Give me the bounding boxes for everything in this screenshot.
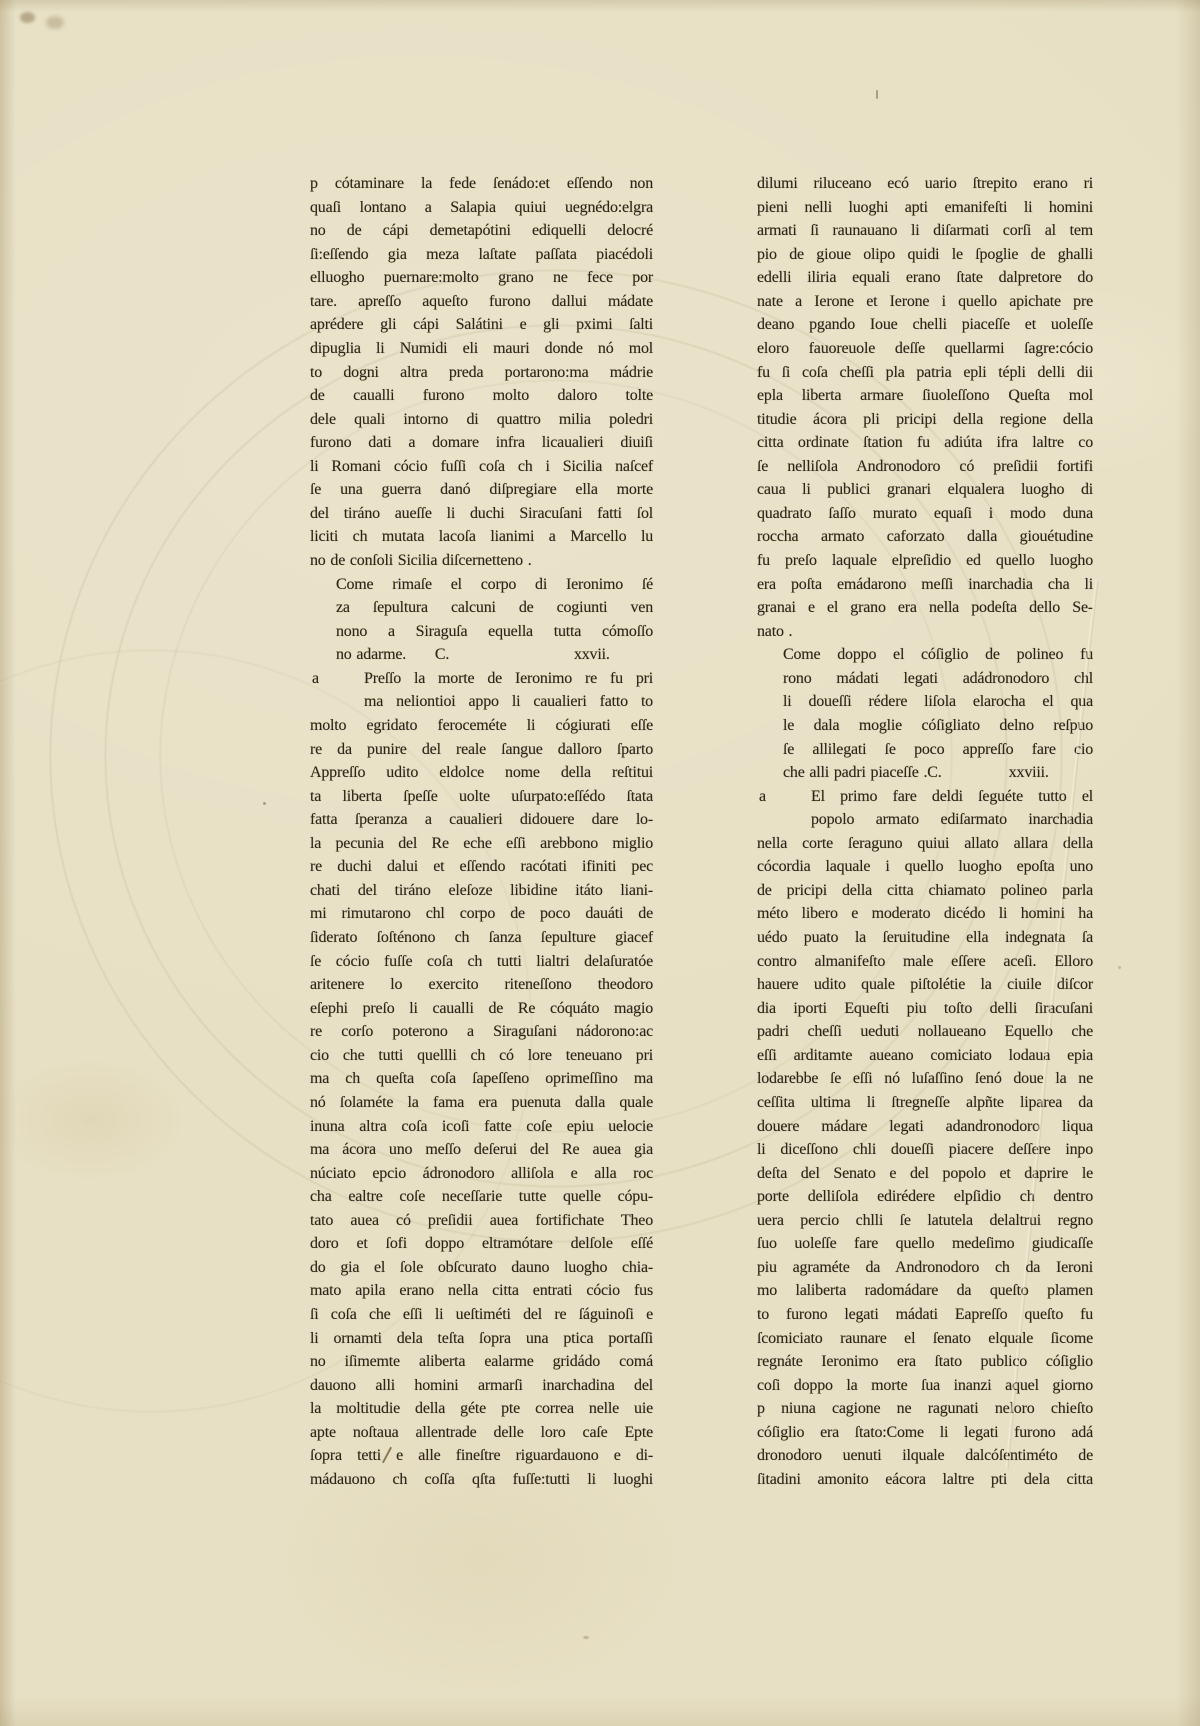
text-line: fu preſo laquale elpreſidio ed quello lu… [757,549,1093,573]
text-line: p niuna cagione ne ragunati neloro chieſ… [757,1397,1093,1421]
text-line: ſe una guerra danó diſpregiare ella mort… [310,478,653,502]
text-line: ma ácora uno meſſo deſerui del Re auea g… [310,1138,653,1162]
text-line: ſuo uoleſſe fare quello medeſimo giudica… [757,1232,1093,1256]
text-line: li diceſſono chli doueſſi piacere deſſer… [757,1138,1093,1162]
text-line: liciti ch mutata lacoſa lianimi a Marcel… [310,525,653,549]
chapter-initial: a [312,667,319,691]
text-line: re corſo poterono a Siraguſani nádorono:… [310,1020,653,1044]
text-line: ſcomiciato raunare el ſenato elquale ſic… [757,1327,1093,1351]
ink-smudge [46,16,64,29]
text-line: to dogni altra preda portarono:ma mádrie [310,361,653,385]
ink-tick-mark [876,90,878,99]
text-line: del tiráno aueſſe li duchi Siracuſani fa… [310,502,653,526]
ink-speck [1118,966,1121,969]
text-line: tare. apreſſo aqueſto furono dallui máda… [310,290,653,314]
text-line: ſi coſa che eſſi li ueſtiméti del re ſág… [310,1303,653,1327]
text-line: no iſimemte aliberta ealarme gridádo com… [310,1350,653,1374]
text-line: quaſi lontano a Salapia quiui uegnédo:el… [310,196,653,220]
text-line: fatta ſperanza a caualieri didouere dare… [310,808,653,832]
text-line: hauere udito quale piſtolétie la ciuile … [757,973,1093,997]
text-line: ſe allilegati ſe poco appreſſo fare cio [757,738,1093,762]
text-line: ſitadini amonito eácora laltre pti dela … [757,1468,1093,1492]
text-line: fu ſi coſa cheſſi pla patria epli tépli … [757,361,1093,385]
text-line: ta liberta ſpeſſe uolte uſurpato:eſſédo … [310,785,653,809]
text-line: eloro fauoreuole deſſe quellarmi ſagre:c… [757,337,1093,361]
text-line: za ſepultura calcuni de cogiunti ven [310,596,653,620]
text-line: nó ſolaméte la fama era puenuta dalla qu… [310,1091,653,1115]
text-line: pio de gioue olipo quidi le ſpoglie de g… [757,243,1093,267]
text-line: contro almanifeſto male eſſere aceſi. El… [757,950,1093,974]
text-line: ſe cócio fuſſe coſa ch tutti lialtri del… [310,950,653,974]
text-line: dele quali intorno di quattro milia pole… [310,408,653,432]
text-line: re duchi dalui et eſſendo racótati ifini… [310,855,653,879]
text-line: apte noſtaua allentrade delle loro caſe … [310,1421,653,1445]
text-line: li Romani cócio fuſſi coſa ch i Sicilia … [310,455,653,479]
text-line: padri cheſſi ueduti nollaueano Equello c… [757,1020,1093,1044]
text-line: la pecunia del Re eche eſſi arebbono mig… [310,832,653,856]
text-line: inuna altra coſa icoſi fatte coſe epiu u… [310,1115,653,1139]
chapter-initial: a [759,785,766,809]
text-line: rono mádati legati adádronodoro chl [757,667,1093,691]
text-line: de caualli furono molto daloro tolte [310,384,653,408]
text-line: do gia el ſole obſcurato dauno luogho ch… [310,1256,653,1280]
text-line: eſephi preſo li caualli de Re cóquáto ma… [310,997,653,1021]
text-line: cócordia laquale i quello luogho epoſta … [757,855,1093,879]
page-sheet: p cótaminare la fede ſenádo:et eſſendo n… [0,0,1200,1726]
text-line: deſta del Senato e del popolo et daprire… [757,1162,1093,1186]
text-line: méto libero e moderato dicédo li homini … [757,902,1093,926]
text-line: Appreſſo udito eldolce nome della reſtit… [310,761,653,785]
text-line: de pricipi della citta chiamato polineo … [757,879,1093,903]
text-line: aEl primo fare deldi ſeguéte tutto el [757,785,1093,809]
text-line: mato apila erano nella citta entrati cóc… [310,1279,653,1303]
text-line: aprédere gli cápi Salátini e gli pximi ſ… [310,313,653,337]
text-line: Come doppo el cóſiglio de polineo fu [757,643,1093,667]
text-line: ſi:eſſendo gia meza laſtate paſſata piac… [310,243,653,267]
text-line: chati del tiráno eleſoze libidine itáto … [310,879,653,903]
text-line: ma ch queſta coſa ſapeſſeno oprimeſſino … [310,1067,653,1091]
text-line: to furono legati mádati Eapreſſo queſto … [757,1303,1093,1327]
text-line: la moltitudie della géte pte correa nell… [310,1397,653,1421]
text-line: uera percio chlli ſe latutela delaltrui … [757,1209,1093,1233]
text-line: epla liberta armare ſiuoleſſono Queſta m… [757,384,1093,408]
text-line: molto egridato feroceméte li cógiurati e… [310,714,653,738]
text-line: che alli padri piaceſſe .C. xxviii. [757,761,1093,785]
text-line: p cótaminare la fede ſenádo:et eſſendo n… [310,172,653,196]
text-line: aPreſſo la morte de Ieronimo re fu pri [310,667,653,691]
text-line: dilumi riluceano ecó uario ſtrepito eran… [757,172,1093,196]
text-line: edelli iliria equali erano ſtate dalpret… [757,266,1093,290]
text-line: nono a Siraguſa equella tutta cómoſſo [310,620,653,644]
text-line: pieni nelli luoghi apti emanifeſti li ho… [757,196,1093,220]
text-line: nate a Ierone et Ierone i quello apichat… [757,290,1093,314]
text-line: no de conſoli Sicilia diſcernetteno . [310,549,653,573]
text-line: ceſſita ultima li ſtregneſſe alpñte lipa… [757,1091,1093,1115]
text-line: aritenere lo exercito riteneſſono theodo… [310,973,653,997]
text-line: tato auea có preſidii auea fortifichate … [310,1209,653,1233]
text-line: re da punire del reale ſangue dalloro ſp… [310,738,653,762]
text-line: era poſta emádarono meſſi inarchadia cha… [757,573,1093,597]
text-line: mádauono ch coſſa qſta fuſſe:tutti li lu… [310,1468,653,1492]
text-line: dia iporti Equeſti piu toſto delli ſirac… [757,997,1093,1021]
text-line: eſſi arditamte aueano comiciato lodaua e… [757,1044,1093,1068]
text-line: li doueſſi rédere liſola elarocha el qua [757,690,1093,714]
text-line: porte delliſola edirédere elpſidio ch de… [757,1185,1093,1209]
text-line: cóſiglio era ſtato:Come li legati furono… [757,1421,1093,1445]
ink-speck [263,802,266,805]
text-line: dipuglia li Numidi eli mauri donde nó mo… [310,337,653,361]
text-line: piu agraméte da Andronodoro ch da Ieroni [757,1256,1093,1280]
text-line: ſiderato ſoſténono ch ſanza ſepulture gi… [310,926,653,950]
text-line: caua li publici granari elqualera luogho… [757,478,1093,502]
text-line: roccha armato caforzato dalla giouétudin… [757,525,1093,549]
text-column-right: dilumi riluceano ecó uario ſtrepito eran… [757,172,1093,1492]
text-line: coſi doppo la morte ſua inanzi aquel gio… [757,1374,1093,1398]
text-line: no adarme. C. xxvii. [310,643,653,667]
text-line: regnáte Ieronimo era ſtato publico cóſig… [757,1350,1093,1374]
text-line: nato . [757,620,1093,644]
ink-smudge [20,12,35,23]
text-line: cha ealtre coſe neceſſarie tutte quelle … [310,1185,653,1209]
text-line: dauono alli homini armarſi inarchadina d… [310,1374,653,1398]
text-line: núciato epcio ádronodoro alliſola e alla… [310,1162,653,1186]
text-line: uédo puato la ſeruitudine ella indegnata… [757,926,1093,950]
text-line: furono dati a domare infra licaualieri d… [310,431,653,455]
text-column-left: p cótaminare la fede ſenádo:et eſſendo n… [310,172,653,1492]
text-line: doro et ſofi doppo eltramótare delſole e… [310,1232,653,1256]
text-line: cio che tutti quellli ch có lore teneuan… [310,1044,653,1068]
text-line: mo laliberta radomádare da queſto plamen [757,1279,1093,1303]
text-line: ſe nelliſola Andronodoro có preſidii for… [757,455,1093,479]
text-line: citta ordinate ſtation fu adiúta ifra la… [757,431,1093,455]
text-line: popolo armato ediſarmato inarchadia [757,808,1093,832]
text-line: ſopra tetti e alle fineſtre riguardauono… [310,1444,653,1468]
text-line: Come rimaſe el corpo di Ieronimo ſé [310,573,653,597]
text-line: douere mádare legati adandronodoro liqua [757,1115,1093,1139]
text-line: armati ſi raunauano li diſarmati corſi a… [757,219,1093,243]
text-line: li ornamti dela teſta ſopra una ptica po… [310,1327,653,1351]
text-line: lodarebbe ſe eſſi nó luſaſſino ſenó doue… [757,1067,1093,1091]
text-line: nella corte ſeraguno quiui allato allara… [757,832,1093,856]
text-line: ma neliontioi appo li caualieri fatto to [310,690,653,714]
text-line: granai e el grano era nella podeſta dell… [757,596,1093,620]
text-line: deano pgando Ioue chelli piaceſſe et uol… [757,313,1093,337]
text-line: quadrato ſaſſo murato equaſi i modo duna [757,502,1093,526]
text-line: elluogho puernare:molto grano ne fece po… [310,266,653,290]
text-line: le dala moglie cóſigliato delno reſpuo [757,714,1093,738]
text-line: no de cápi demetapótini ediquelli delocr… [310,219,653,243]
text-line: titudie ácora pli pricipi della regione … [757,408,1093,432]
ink-speck [583,1636,589,1639]
text-line: mi rimutarono chl corpo de poco dauáti d… [310,902,653,926]
text-line: dronodoro uenuti ilquale dalcóſentiméto … [757,1444,1093,1468]
